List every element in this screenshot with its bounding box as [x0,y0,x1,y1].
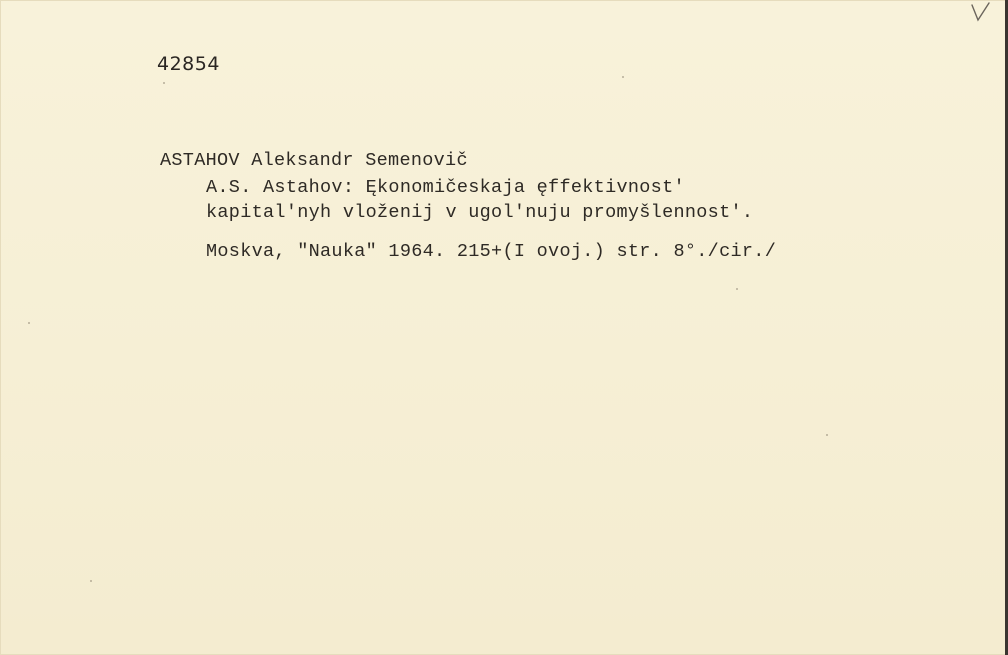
catalog-card [0,0,1008,655]
paper-speck [622,76,624,78]
paper-speck [28,322,30,324]
paper-speck [90,580,92,582]
title-line-1: A.S. Astahov: Ękonomičeskaja ęffektivnos… [206,177,685,198]
title-line-2: kapital'nyh vloženij v ugol'nuju promyšl… [206,202,753,223]
author-heading: ASTAHOV Aleksandr Semenovič [160,150,468,171]
paper-speck [826,434,828,436]
paper-speck [163,82,165,84]
paper-speck [736,288,738,290]
check-mark-icon [965,0,995,24]
accession-number: 42854 [157,53,220,75]
imprint-line: Moskva, "Nauka" 1964. 215+(I ovoj.) str.… [206,241,776,262]
